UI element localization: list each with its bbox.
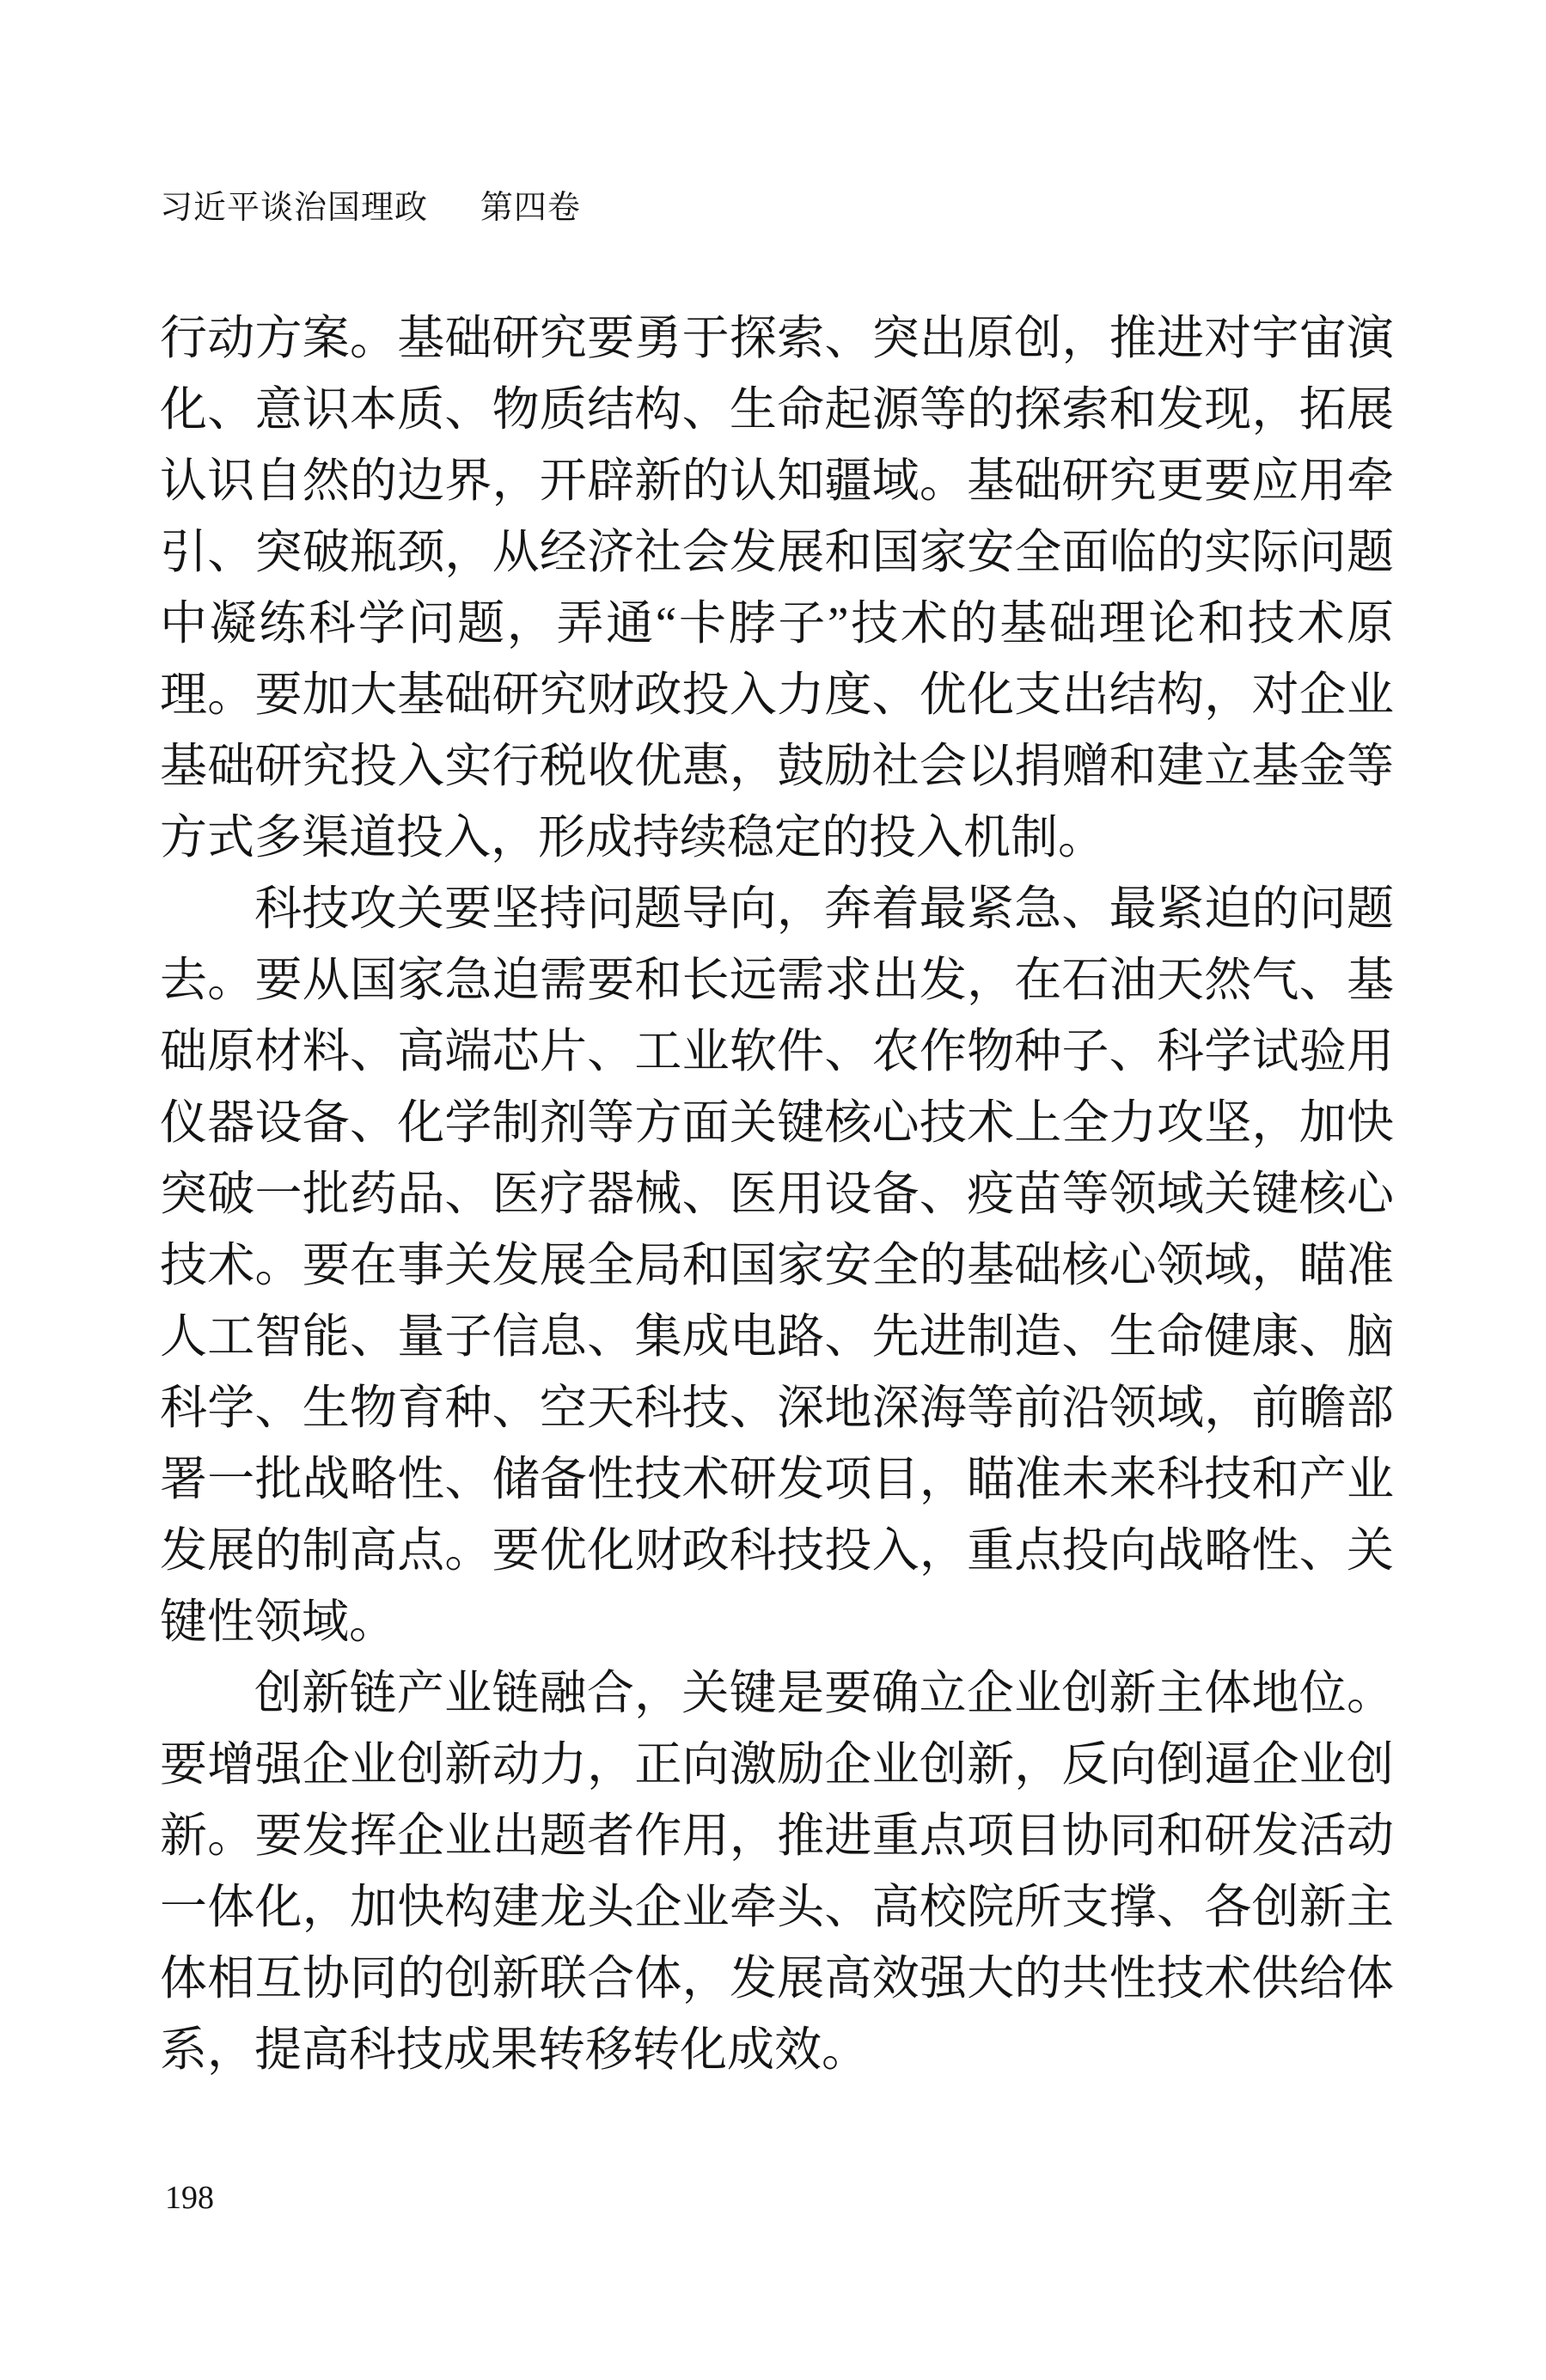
text-line: 署一批战略性、储备性技术研发项目，瞄准未来科技和产业 [160,1443,1394,1515]
text-line: 中凝练科学问题，弄通“卡脖子”技术的基础理论和技术原 [160,588,1394,659]
text-line: 基础研究投入实行税收优惠，鼓励社会以捐赠和建立基金等 [160,730,1394,802]
text-line: 系，提高科技成果转移转化成效。 [160,2014,1394,2085]
text-line: 人工智能、量子信息、集成电路、先进制造、生命健康、脑 [160,1301,1394,1372]
text-line: 科技攻关要坚持问题导向，奔着最紧急、最紧迫的问题 [160,873,1394,944]
text-line: 新。要发挥企业出题者作用，推进重点项目协同和研发活动 [160,1800,1394,1871]
text-line: 发展的制高点。要优化财政科技投入，重点投向战略性、关 [160,1515,1394,1586]
text-line: 认识自然的边界，开辟新的认知疆域。基础研究更要应用牵 [160,445,1394,516]
text-line: 键性领域。 [160,1586,1394,1657]
text-line: 化、意识本质、物质结构、生命起源等的探索和发现，拓展 [160,374,1394,445]
text-line: 行动方案。基础研究要勇于探索、突出原创，推进对宇宙演 [160,302,1394,374]
text-line: 去。要从国家急迫需要和长远需求出发，在石油天然气、基 [160,944,1394,1016]
text-line: 方式多渠道投入，形成持续稳定的投入机制。 [160,802,1394,873]
page-number: 198 [165,2177,214,2218]
text-line: 理。要加大基础研究财政投入力度、优化支出结构，对企业 [160,659,1394,730]
text-line: 科学、生物育种、空天科技、深地深海等前沿领域，前瞻部 [160,1372,1394,1443]
running-header: 习近平谈治国理政第四卷 [160,187,581,229]
text-line: 仪器设备、化学制剂等方面关键核心技术上全力攻坚，加快 [160,1087,1394,1158]
text-line: 引、突破瓶颈，从经济社会发展和国家安全面临的实际问题 [160,516,1394,588]
text-line: 要增强企业创新动力，正向激励企业创新，反向倒逼企业创 [160,1729,1394,1800]
text-line: 体相互协同的创新联合体，发展高效强大的共性技术供给体 [160,1943,1394,2014]
text-line: 创新链产业链融合，关键是要确立企业创新主体地位。 [160,1657,1394,1729]
text-line: 础原材料、高端芯片、工业软件、农作物种子、科学试验用 [160,1016,1394,1087]
book-page: 习近平谈治国理政第四卷 行动方案。基础研究要勇于探索、突出原创，推进对宇宙演化、… [0,0,1546,2380]
book-title: 习近平谈治国理政 [160,190,428,226]
text-line: 技术。要在事关发展全局和国家安全的基础核心领域，瞄准 [160,1230,1394,1301]
page-body: 行动方案。基础研究要勇于探索、突出原创，推进对宇宙演化、意识本质、物质结构、生命… [160,302,1394,2085]
text-line: 一体化，加快构建龙头企业牵头、高校院所支撑、各创新主 [160,1871,1394,1943]
text-line: 突破一批药品、医疗器械、医用设备、疫苗等领域关键核心 [160,1158,1394,1230]
volume-label: 第四卷 [480,190,581,226]
